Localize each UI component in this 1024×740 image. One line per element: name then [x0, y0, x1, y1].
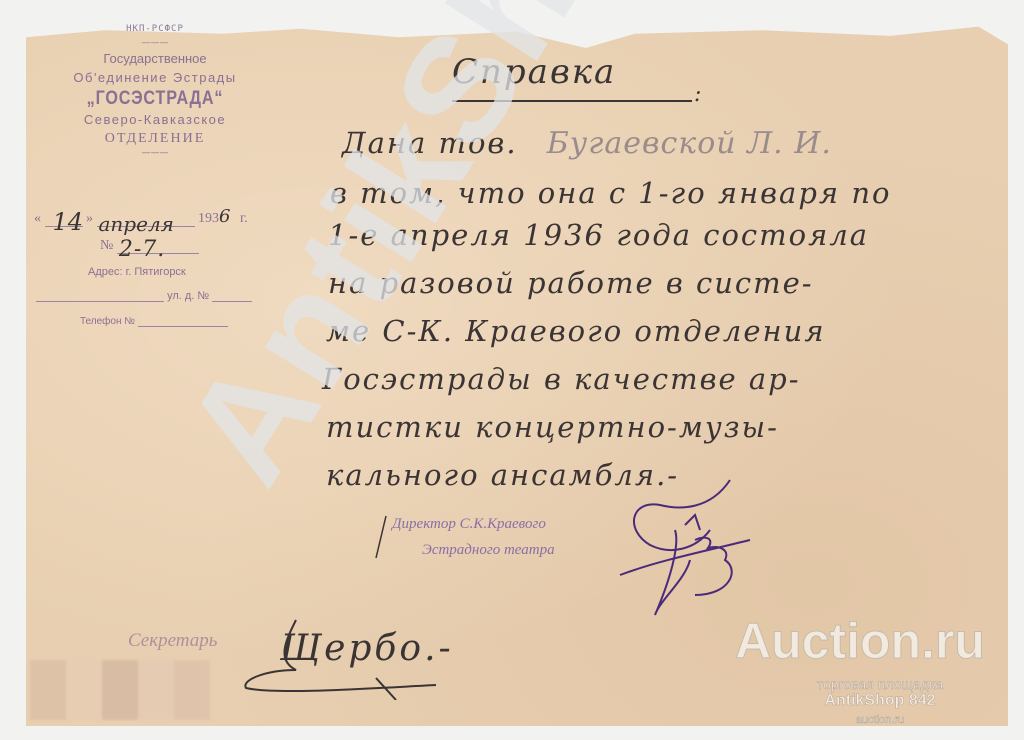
- auction-logo-watermark: Auction.ru: [735, 612, 985, 670]
- body-line-6: Госэстрады в качестве ар-: [322, 362, 801, 396]
- secretary-label: Секретарь: [128, 630, 217, 652]
- secretary-signature-flourish: [236, 600, 456, 700]
- redacted-area: [30, 660, 210, 720]
- body-line-1-prefix: Дана тов.: [342, 126, 518, 160]
- date-month: апреля: [99, 212, 174, 236]
- street-row: ул. д. №: [36, 290, 252, 302]
- auction-sub1: торговая площадка: [750, 676, 1010, 692]
- slash-mark: [370, 512, 390, 562]
- letterhead-divider: ———: [30, 38, 280, 48]
- auction-sub3: auction.ru: [750, 714, 1010, 726]
- body-line-7: тистки концертно-музы-: [326, 410, 779, 444]
- letterhead-line2: Об'единение Эстрады: [30, 70, 280, 85]
- director-stamp-line1: Директор С.К.Краевого: [392, 516, 546, 533]
- body-line-5: ме С-К. Краевого отделения: [326, 314, 826, 348]
- phone-label: Телефон №: [80, 316, 135, 327]
- letterhead-org-name: „ГОСЭСТРАДА“: [49, 88, 262, 110]
- date-day: 14: [53, 208, 84, 236]
- letterhead-line5: ОТДЕЛЕНИЕ: [30, 131, 280, 147]
- date-close-quote: »: [86, 211, 93, 226]
- letterhead-line4: Северо-Кавказское: [30, 112, 280, 127]
- title-underline: [452, 100, 692, 102]
- date-year-printed: 193: [198, 211, 219, 226]
- body-line-2: в том, что она с 1-го января по: [330, 176, 891, 210]
- phone-row: Телефон №: [80, 316, 228, 327]
- letterhead-line1: Государственное: [30, 51, 280, 66]
- body-line-1: Дана тов. Бугаевской Л. И.: [342, 126, 832, 161]
- director-signature: [600, 470, 760, 630]
- date-suffix: г.: [240, 211, 248, 226]
- director-stamp-line2: Эстрадного театра: [422, 542, 555, 559]
- letterhead-stamp: НКП-РСФСР ——— Государственное Об'единени…: [30, 24, 280, 164]
- letterhead-divider-2: ———: [30, 148, 280, 158]
- recipient-name: Бугаевской Л. И.: [547, 126, 832, 161]
- body-line-4: на разовой работе в систе-: [328, 266, 814, 300]
- body-line-3: 1-е апреля 1936 года состояла: [328, 218, 869, 252]
- document-title: Справка: [452, 52, 616, 92]
- title-colon: :: [694, 82, 703, 107]
- date-open-quote: «: [34, 211, 41, 226]
- number-row: № 2-7.: [100, 238, 199, 254]
- auction-sub2: AntikShop 842: [750, 692, 1010, 710]
- letterhead-top-line: НКП-РСФСР: [30, 24, 280, 34]
- date-year-hand: 6: [219, 206, 230, 227]
- number-value: 2-7.: [119, 237, 165, 262]
- address-label: Адрес: г. Пятигорск: [88, 266, 186, 278]
- street-label: ул. д. №: [167, 290, 209, 302]
- number-label: №: [100, 238, 113, 253]
- date-row: « 14 » апреля 1936 г.: [34, 206, 248, 227]
